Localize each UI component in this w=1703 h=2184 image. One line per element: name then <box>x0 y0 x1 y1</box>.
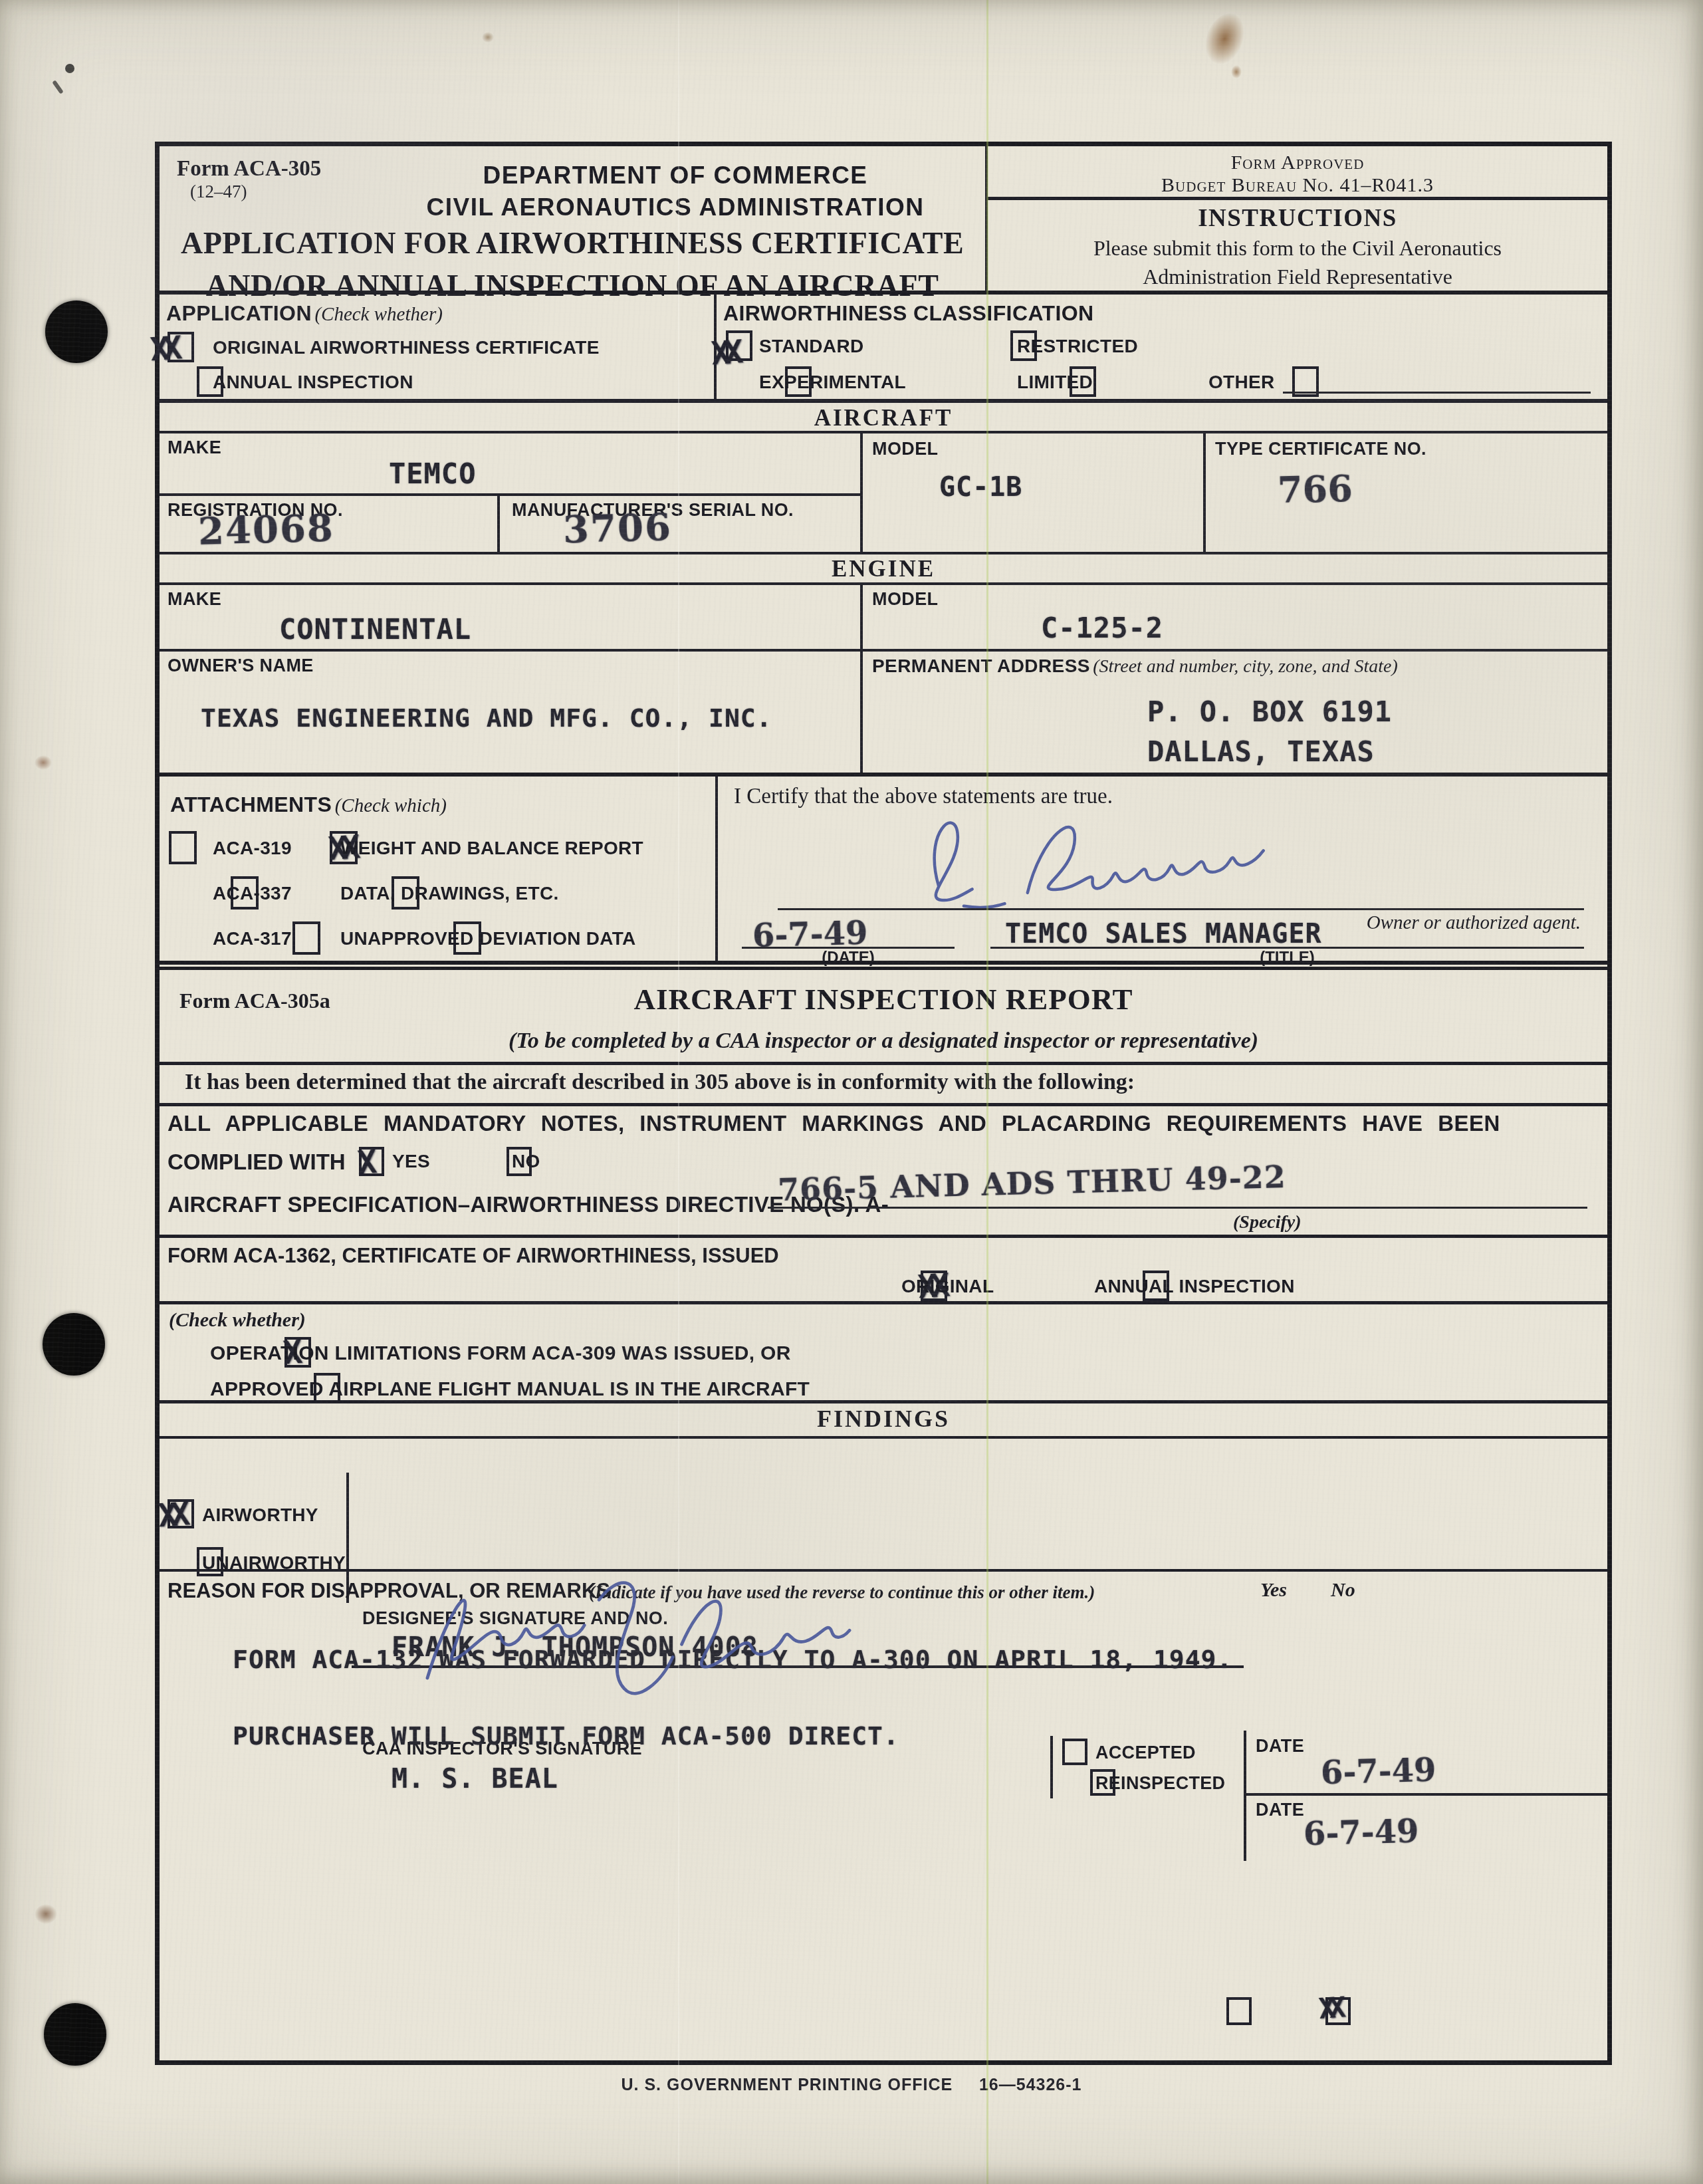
attachments-label: ATTACHMENTS <box>170 792 332 816</box>
checkbox-label-experimental: EXPERIMENTAL <box>759 372 906 393</box>
label-aca-319: ACA-319 <box>213 838 292 859</box>
department-line2: CIVIL AERONAUTICS ADMINISTRATION <box>379 191 972 223</box>
inspection-title: AIRCRAFT INSPECTION REPORT <box>160 982 1607 1017</box>
address-label: PERMANENT ADDRESS <box>872 656 1090 676</box>
label-unapproved-deviation: UNAPPROVED DEVIATION DATA <box>340 928 636 949</box>
checkbox-accepted[interactable] <box>1062 1739 1087 1765</box>
checkbox-label-other: OTHER <box>1208 372 1275 393</box>
label-weight-balance: WEIGHT AND BALANCE REPORT <box>340 838 643 859</box>
directive-fill-line[interactable] <box>768 1207 1587 1209</box>
hole-punch-bottom <box>44 2003 106 2066</box>
label-reinspected: REINSPECTED <box>1095 1773 1225 1794</box>
classification-cell: AIRWORTHINESS CLASSIFICATION XX STANDARD… <box>717 295 1607 399</box>
determined-statement: It has been determined that the aircraft… <box>185 1070 1135 1095</box>
checkbox-aca-317[interactable] <box>292 921 320 955</box>
x-mark: X <box>356 1146 371 1179</box>
remark-line-2: PURCHASER WILL SUBMIT FORM ACA-500 DIREC… <box>233 1721 899 1751</box>
label-disapproval-no: No <box>1331 1579 1355 1602</box>
registration-cell: REGISTRATION NO. 24068 <box>160 496 500 552</box>
date2-label: DATE <box>1256 1800 1304 1820</box>
aca1362-label: FORM ACA-1362, CERTIFICATE OF AIRWORTHIN… <box>168 1244 779 1268</box>
department-block: DEPARTMENT OF COMMERCE CIVIL AERONAUTICS… <box>379 160 972 223</box>
label-1362-original: ORIGINAL <box>901 1276 994 1297</box>
label-complied-yes: YES <box>392 1151 430 1172</box>
serial-value: 3706 <box>562 505 673 552</box>
rule <box>160 1400 1607 1403</box>
engine-make-cell: MAKE CONTINENTAL <box>160 585 863 649</box>
signature-line[interactable] <box>778 908 1584 910</box>
type-cert-cell: TYPE CERTIFICATE NO. 766 <box>1206 433 1607 552</box>
form-header: Form ACA-305 (12–47) DEPARTMENT OF COMME… <box>160 146 1607 291</box>
attachments-hint: (Check which) <box>335 795 447 816</box>
label-accepted: ACCEPTED <box>1095 1743 1196 1763</box>
owner-name-cell: OWNER'S NAME TEXAS ENGINEERING AND MFG. … <box>160 652 863 773</box>
scanned-form-page: Form ACA-305 (12–47) DEPARTMENT OF COMME… <box>0 0 1703 2184</box>
label-1362-annual: ANNUAL INSPECTION <box>1094 1276 1295 1297</box>
instructions-title: INSTRUCTIONS <box>988 204 1607 233</box>
header-right: Form Approved Budget Bureau No. 41–R041.… <box>985 146 1607 291</box>
attachments-heading: ATTACHMENTS (Check which) <box>170 792 447 817</box>
checkbox-original-airworthiness[interactable]: XX <box>168 332 194 362</box>
specify-caption: (Specify) <box>1233 1212 1302 1233</box>
engine-row: MAKE CONTINENTAL MODEL C-125-2 <box>160 582 1607 649</box>
engine-model-cell: MODEL C-125-2 <box>863 585 1607 649</box>
attachments-cell: ATTACHMENTS (Check which) ACA-319 XX WEI… <box>160 777 718 961</box>
checkbox-disapproval-no[interactable]: XX <box>1325 1997 1351 2025</box>
aircraft-model-cell: MODEL GC-1B <box>863 433 1206 552</box>
ink-stain-small <box>1231 65 1242 78</box>
owner-name-label: OWNER'S NAME <box>168 656 314 676</box>
classification-label: AIRWORTHINESS CLASSIFICATION <box>723 301 1094 326</box>
application-row: APPLICATION (Check whether) XX ORIGINAL … <box>160 291 1607 399</box>
rule <box>160 1436 1607 1439</box>
caa-value: M. S. BEAL <box>392 1764 558 1794</box>
aircraft-make-cell: MAKE TEMCO <box>160 433 860 496</box>
hole-punch-top <box>45 301 108 363</box>
check-whether-hint: (Check whether) <box>169 1309 306 1332</box>
address-line2: DALLAS, TEXAS <box>1147 735 1375 768</box>
make-value: TEMCO <box>389 457 476 490</box>
owner-signature[interactable] <box>871 796 1309 911</box>
label-operation-limitations: OPERATION LIMITATIONS FORM ACA-309 WAS I… <box>210 1342 791 1365</box>
complied-with-label: COMPLIED WITH <box>168 1150 346 1175</box>
application-hint: (Check whether) <box>314 304 442 325</box>
rule <box>160 1062 1607 1065</box>
speck-tick <box>52 80 64 94</box>
form-aca-305a: Form ACA-305a AIRCRAFT INSPECTION REPORT… <box>160 970 1607 2060</box>
registration-serial-row: REGISTRATION NO. 24068 MANUFACTURER'S SE… <box>160 496 860 552</box>
type-cert-label: TYPE CERTIFICATE NO. <box>1215 439 1426 459</box>
x-mark: XX <box>149 332 176 366</box>
instructions-body: Please submit this form to the Civil Aer… <box>1031 234 1564 291</box>
form-aca-305: Form ACA-305 (12–47) DEPARTMENT OF COMME… <box>155 142 1612 2065</box>
checkbox-label-restricted: RESTRICTED <box>1017 336 1138 357</box>
form-approved-line: Form Approved <box>988 152 1607 174</box>
inspection-subtitle: (To be completed by a CAA inspector or a… <box>160 1029 1607 1054</box>
checkbox-disapproval-yes[interactable] <box>1226 1997 1252 2025</box>
checkbox-label-annual: ANNUAL INSPECTION <box>213 372 413 393</box>
agent-note: Owner or authorized agent. <box>1367 912 1581 934</box>
checkbox-aca-319[interactable] <box>169 831 197 864</box>
findings-date-col: DATE 6-7-49 DATE 6-7-49 <box>1244 1731 1607 1861</box>
engine-make-value: CONTINENTAL <box>279 613 471 646</box>
model-label: MODEL <box>872 439 939 459</box>
application-label: APPLICATION <box>166 301 312 325</box>
x-mark: XX <box>157 1499 184 1532</box>
checkbox-standard[interactable]: XX <box>726 330 752 361</box>
hole-punch-middle <box>43 1313 105 1376</box>
title-line1: APPLICATION FOR AIRWORTHINESS CERTIFICAT… <box>160 222 985 265</box>
aircraft-left-col: MAKE TEMCO REGISTRATION NO. 24068 MANUFA… <box>160 433 863 552</box>
owner-address-cell: PERMANENT ADDRESS (Street and number, ci… <box>863 652 1607 773</box>
budget-bureau-line: Budget Bureau No. 41–R041.3 <box>988 174 1607 197</box>
registration-value: 24068 <box>197 506 334 553</box>
type-cert-value: 766 <box>1277 467 1353 512</box>
make-label: MAKE <box>168 437 221 458</box>
engine-section-band: ENGINE <box>160 552 1607 582</box>
address-heading: PERMANENT ADDRESS (Street and number, ci… <box>872 656 1398 677</box>
label-airworthy: AIRWORTHY <box>202 1505 318 1526</box>
rule <box>160 1103 1607 1106</box>
certify-cell: I Certify that the above statements are … <box>718 777 1607 961</box>
application-cell: APPLICATION (Check whether) XX ORIGINAL … <box>160 295 717 399</box>
label-aca-337: ACA-337 <box>213 883 292 904</box>
engine-model-value: C-125-2 <box>1041 612 1163 644</box>
designee-signature[interactable] <box>372 1560 890 1707</box>
directive-value: 766-5 AND ADS THRU 49-22 <box>777 1159 1286 1208</box>
form-revision: (12–47) <box>177 182 321 202</box>
aircraft-grid: MAKE TEMCO REGISTRATION NO. 24068 MANUFA… <box>160 431 1607 552</box>
attachments-row: ATTACHMENTS (Check which) ACA-319 XX WEI… <box>160 773 1607 961</box>
other-fill-line[interactable] <box>1283 392 1591 394</box>
label-complied-no: NO <box>512 1151 540 1172</box>
compliance-text: ALL APPLICABLE MANDATORY NOTES, INSTRUME… <box>168 1111 1597 1136</box>
findings-band: FINDINGS <box>160 1405 1607 1433</box>
checkbox-label-limited: LIMITED <box>1017 372 1093 393</box>
application-heading: APPLICATION (Check whether) <box>166 301 443 326</box>
engine-model-label: MODEL <box>872 589 939 610</box>
form-number: Form ACA-305 <box>177 157 321 182</box>
date-caption: (DATE) <box>742 949 955 967</box>
date1-cell: DATE 6-7-49 <box>1246 1731 1607 1796</box>
address-line1: P. O. BOX 6191 <box>1147 695 1392 728</box>
department-line1: DEPARTMENT OF COMMERCE <box>379 160 972 191</box>
address-hint: (Street and number, city, zone, and Stat… <box>1093 656 1398 677</box>
label-flight-manual: APPROVED AIRPLANE FLIGHT MANUAL IS IN TH… <box>210 1378 810 1401</box>
form-number-block: Form ACA-305 (12–47) <box>177 157 321 202</box>
owner-row: OWNER'S NAME TEXAS ENGINEERING AND MFG. … <box>160 649 1607 773</box>
speck <box>65 64 74 73</box>
certify-title-value: TEMCO SALES MANAGER <box>1005 919 1322 949</box>
rule <box>160 1235 1607 1238</box>
checkbox-label-original: ORIGINAL AIRWORTHINESS CERTIFICATE <box>213 337 600 358</box>
x-mark: XX <box>1318 1994 1340 2023</box>
checkbox-label-standard: STANDARD <box>759 336 863 357</box>
ink-stain <box>1198 7 1251 70</box>
speck-brown <box>482 32 494 43</box>
date2-value: 6-7-49 <box>1303 1813 1419 1854</box>
label-disapproval-yes: Yes <box>1260 1579 1287 1602</box>
owner-name-value: TEXAS ENGINEERING AND MFG. CO., INC. <box>201 703 772 733</box>
date1-label: DATE <box>1256 1736 1304 1757</box>
title-caption: (TITLE) <box>990 949 1584 967</box>
scan-line-green <box>986 0 988 2184</box>
accepted-cell: ACCEPTED REINSPECTED <box>1050 1736 1244 1798</box>
checkbox-complied-yes[interactable]: X <box>359 1147 384 1176</box>
model-value: GC-1B <box>939 472 1022 503</box>
serial-cell: MANUFACTURER'S SERIAL NO. 3706 <box>500 496 860 552</box>
scan-line-light <box>678 0 679 2184</box>
checkbox-airworthy[interactable]: XX <box>168 1499 194 1528</box>
stain-left-lower <box>35 1904 57 1924</box>
rule <box>160 1301 1607 1304</box>
date1-value: 6-7-49 <box>1320 1752 1436 1792</box>
stain-left-upper <box>35 755 52 770</box>
date2-cell: DATE 6-7-49 <box>1246 1796 1607 1858</box>
instructions-cell: INSTRUCTIONS Please submit this form to … <box>988 200 1607 291</box>
label-aca-317: ACA-317 <box>213 928 292 949</box>
budget-approval-cell: Form Approved Budget Bureau No. 41–R041.… <box>988 146 1607 200</box>
header-left: Form ACA-305 (12–47) DEPARTMENT OF COMME… <box>160 146 985 291</box>
label-data-drawings: DATA, DRAWINGS, ETC. <box>340 883 559 904</box>
engine-make-label: MAKE <box>168 589 221 610</box>
printing-office-footer: U. S. GOVERNMENT PRINTING OFFICE 16—5432… <box>0 2076 1703 2095</box>
aircraft-section-band: AIRCRAFT <box>160 399 1607 431</box>
